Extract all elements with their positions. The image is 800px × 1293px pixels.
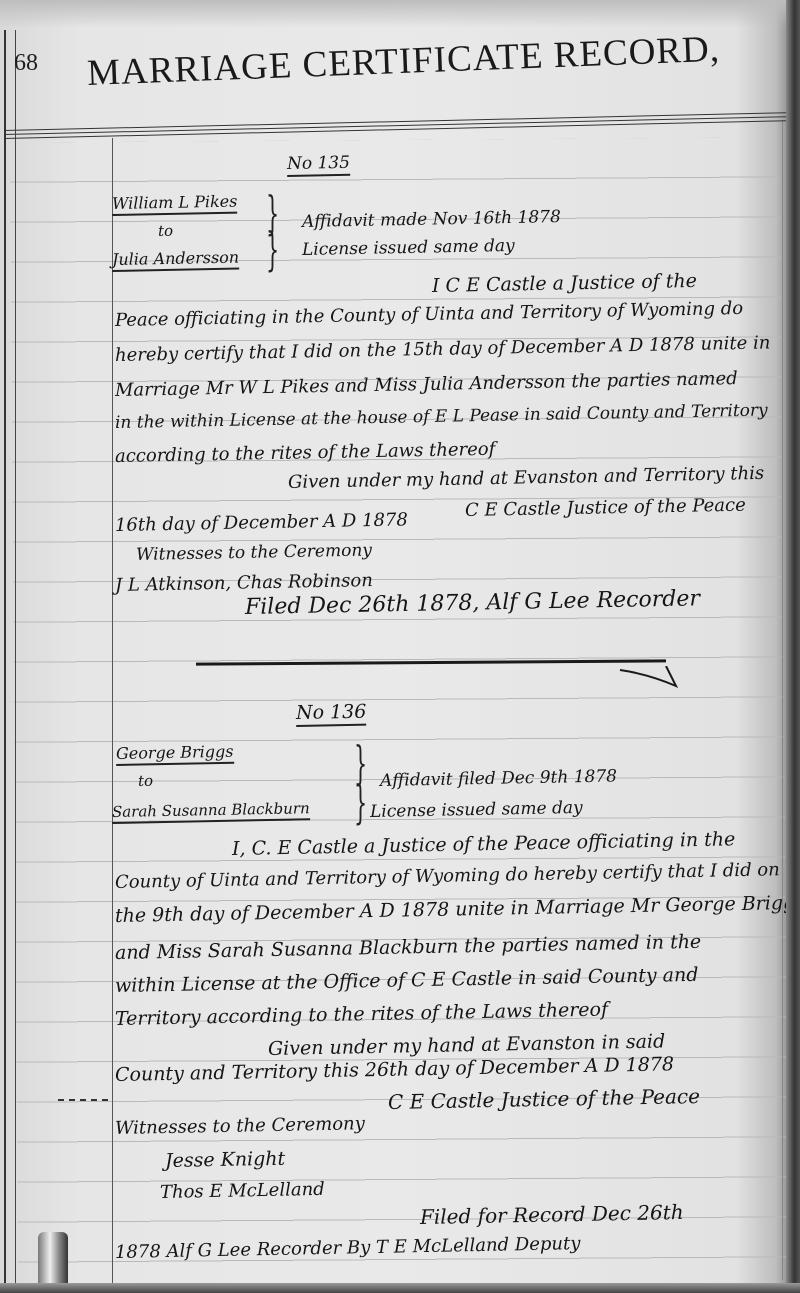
- header-rule: [4, 116, 794, 135]
- witness-name: Thos E McLelland: [160, 1179, 325, 1203]
- right-margin-line: [782, 120, 783, 1280]
- header-rule: [4, 120, 794, 139]
- license-note: License issued same day: [370, 798, 583, 822]
- page-title: MARRIAGE CERTIFICATE RECORD,: [86, 28, 720, 95]
- witness-name: Jesse Knight: [165, 1148, 286, 1172]
- left-binding-border: [4, 30, 16, 1293]
- groom-name: George Briggs: [116, 742, 234, 766]
- brace-icon: }: [354, 775, 367, 829]
- bride-name: Sarah Susanna Blackburn: [112, 799, 310, 824]
- page-number: 68: [14, 50, 38, 77]
- filed-note: Filed for Record Dec 26th: [420, 1200, 684, 1229]
- entry-number: No 135: [287, 153, 350, 177]
- ledger-page: 68 MARRIAGE CERTIFICATE RECORD, No 135 W…: [0, 0, 800, 1293]
- vs-mark: to: [138, 772, 153, 790]
- margin-mark: [58, 1099, 108, 1101]
- page-right-edge: [786, 0, 800, 1293]
- flourish-icon: [618, 666, 678, 688]
- brace-icon: }: [266, 222, 279, 276]
- groom-name: William L Pikes: [112, 192, 238, 216]
- entry-number: No 136: [296, 701, 367, 727]
- bride-name: Julia Andersson: [112, 248, 240, 272]
- vs-mark: to: [158, 222, 173, 240]
- page-top-shadow: [0, 0, 800, 28]
- license-note: License issued same day: [302, 236, 515, 260]
- page-bottom-edge: [0, 1283, 800, 1293]
- left-margin-line: [112, 138, 113, 1288]
